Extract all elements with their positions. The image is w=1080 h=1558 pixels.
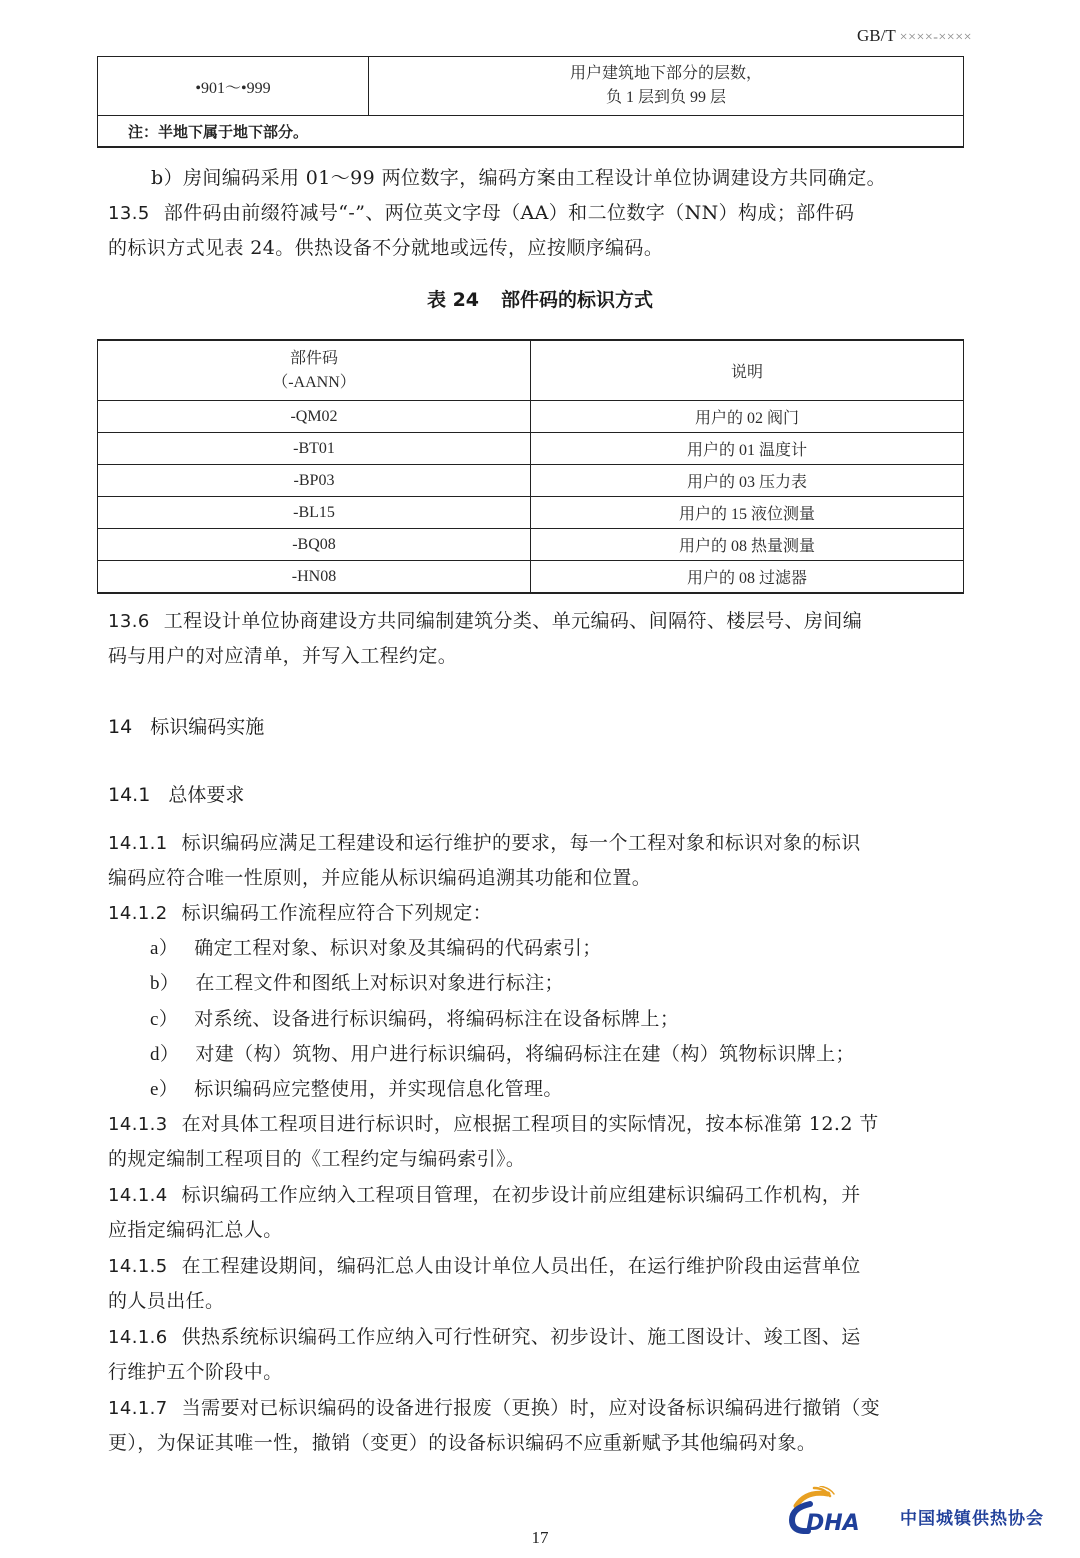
section-title: 标识编码实施 [150,716,264,738]
subsection-heading-14-1: 14.1总体要求 [108,780,244,807]
code-cell: -BT01 [98,433,531,465]
list-text: 在工程文件和图纸上对标识对象进行标注； [195,972,564,994]
clause-text-continued: 编码应符合唯一性原则，并应能从标识编码追溯其功能和位置。 [108,861,968,896]
subsection-title: 总体要求 [168,784,244,806]
clause-number: 13.5 [108,203,150,224]
table-header-row: 部件码 （-AANN） 说明 [98,340,964,401]
workflow-item-d: d）对建（构）筑物、用户进行标识编码，将编码标注在建（构）筑物标识牌上； [150,1037,855,1072]
list-marker: a） [150,938,178,959]
table-row: -BQ08 用户的 08 热量测量 [98,529,964,561]
clause-text: 在对具体工程项目进行标识时，应根据工程项目的实际情况，按本标准第 12.2 节 [182,1113,879,1135]
clause-text-continued: 的标识方式见表 24。供热设备不分就地或远传，应按顺序编码。 [108,231,968,266]
component-code-table: 部件码 （-AANN） 说明 -QM02 用户的 02 阀门 -BT01 用户的… [97,339,964,594]
page-number: 17 [0,1528,1080,1548]
clause-number: 14.1.2 [108,903,168,924]
logo-org-name: 中国城镇供热协会 [900,1504,1044,1529]
list-marker: d） [150,1044,179,1065]
standard-prefix: GB/T [857,26,895,45]
list-text: 对系统、设备进行标识编码，将编码标注在设备标牌上； [194,1008,679,1030]
desc-cell: 用户的 02 阀门 [531,401,964,433]
standard-number: ××××-×××× [900,30,972,45]
clause-text-continued: 应指定编码汇总人。 [108,1213,968,1248]
clause-number: 14.1.7 [108,1398,168,1419]
clause-14-1-3: 14.1.3在对具体工程项目进行标识时，应根据工程项目的实际情况，按本标准第 1… [108,1107,968,1177]
header-line: 部件码 [98,347,530,371]
desc-cell: 用户的 01 温度计 [531,433,964,465]
code-cell: -BQ08 [98,529,531,561]
table-number: 表 24 [427,289,479,311]
list-marker: b） [150,973,179,994]
clause-number: 13.6 [108,611,150,632]
table-caption: 表 24部件码的标识方式 [0,285,1080,312]
desc-cell: 用户的 08 过滤器 [531,561,964,594]
table-row: •901～•999 用户建筑地下部分的层数， 负 1 层到负 99 层 [98,57,964,116]
clause-14-1-2: 14.1.2标识编码工作流程应符合下列规定： [108,896,968,931]
clause-text: 当需要对已标识编码的设备进行报废（更换）时，应对设备标识编码进行撤销（变 [182,1397,880,1419]
list-marker: e） [150,1079,178,1100]
table-row: -BT01 用户的 01 温度计 [98,433,964,465]
list-item-b: b）房间编码采用 01～99 两位数字，编码方案由工程设计单位协调建设方共同确定… [108,161,968,196]
clause-number: 14.1.6 [108,1327,168,1348]
clause-number: 14.1.4 [108,1185,168,1206]
clause-number: 14.1.5 [108,1256,168,1277]
clause-text: 标识编码工作应纳入工程项目管理，在初步设计前应组建标识编码工作机构，并 [182,1184,861,1206]
standard-code-header: GB/T ××××-×××× [857,26,972,46]
paragraph-room-code: b）房间编码采用 01～99 两位数字，编码方案由工程设计单位协调建设方共同确定… [108,161,968,196]
cdha-logo: DHA 中国城镇供热协会 [784,1486,1064,1534]
clause-text: 供热系统标识编码工作应纳入可行性研究、初步设计、施工图设计、竣工图、运 [182,1326,861,1348]
table-row: -HN08 用户的 08 过滤器 [98,561,964,594]
desc-cell: 用户的 03 压力表 [531,465,964,497]
header-component-code: 部件码 （-AANN） [98,340,531,401]
desc-cell: 用户的 08 热量测量 [531,529,964,561]
floor-code-cell: •901～•999 [98,57,369,116]
table-title: 部件码的标识方式 [501,289,653,311]
cdha-logo-mark-icon: DHA [784,1486,884,1534]
description-line: 负 1 层到负 99 层 [369,86,963,110]
description-line: 用户建筑地下部分的层数， [369,62,963,86]
floor-description-cell: 用户建筑地下部分的层数， 负 1 层到负 99 层 [369,57,964,116]
clause-text-continued: 的规定编制工程项目的《工程约定与编码索引》。 [108,1142,968,1177]
continued-floor-table: •901～•999 用户建筑地下部分的层数， 负 1 层到负 99 层 注：半地… [97,56,964,148]
workflow-item-b: b）在工程文件和图纸上对标识对象进行标注； [150,966,564,1001]
clause-14-1-1: 14.1.1标识编码应满足工程建设和运行维护的要求，每一个工程对象和标识对象的标… [108,826,968,896]
section-heading-14: 14标识编码实施 [108,712,264,739]
workflow-item-a: a）确定工程对象、标识对象及其编码的代码索引； [150,931,602,966]
code-cell: -BL15 [98,497,531,529]
code-cell: -QM02 [98,401,531,433]
desc-cell: 用户的 15 液位测量 [531,497,964,529]
clause-text: 部件码由前缀符减号“-”、两位英文字母（AA）和二位数字（NN）构成；部件码 [164,202,855,224]
clause-text: 工程设计单位协商建设方共同编制建筑分类、单元编码、间隔符、楼层号、房间编 [164,610,862,632]
table-row: -BP03 用户的 03 压力表 [98,465,964,497]
clause-13-5: 13.5部件码由前缀符减号“-”、两位英文字母（AA）和二位数字（NN）构成；部… [108,196,968,266]
code-cell: -BP03 [98,465,531,497]
clause-text-continued: 行维护五个阶段中。 [108,1355,968,1390]
header-line: （-AANN） [98,371,530,395]
list-marker: c） [150,1009,178,1030]
clause-14-1-6: 14.1.6供热系统标识编码工作应纳入可行性研究、初步设计、施工图设计、竣工图、… [108,1320,968,1390]
clause-14-1-4: 14.1.4标识编码工作应纳入工程项目管理，在初步设计前应组建标识编码工作机构，… [108,1178,968,1248]
workflow-item-e: e）标识编码应完整使用，并实现信息化管理。 [150,1072,563,1107]
section-number: 14 [108,716,132,738]
clause-14-1-7: 14.1.7当需要对已标识编码的设备进行报废（更换）时，应对设备标识编码进行撤销… [108,1391,968,1461]
table-row: -BL15 用户的 15 液位测量 [98,497,964,529]
clause-text-continued: 的人员出任。 [108,1284,968,1319]
clause-13-6: 13.6工程设计单位协商建设方共同编制建筑分类、单元编码、间隔符、楼层号、房间编… [108,604,968,674]
subsection-number: 14.1 [108,784,150,806]
clause-number: 14.1.1 [108,833,168,854]
header-description: 说明 [531,340,964,401]
clause-number: 14.1.3 [108,1114,168,1135]
list-text: 标识编码应完整使用，并实现信息化管理。 [194,1078,563,1100]
table-row: -QM02 用户的 02 阀门 [98,401,964,433]
code-cell: -HN08 [98,561,531,594]
clause-text-continued: 码与用户的对应清单，并写入工程约定。 [108,639,968,674]
clause-text: 标识编码工作流程应符合下列规定： [182,902,492,924]
clause-text: 在工程建设期间，编码汇总人由设计单位人员出任，在运行维护阶段由运营单位 [182,1255,861,1277]
clause-text-continued: 更），为保证其唯一性，撤销（变更）的设备标识编码不应重新赋予其他编码对象。 [108,1426,968,1461]
list-text: 对建（构）筑物、用户进行标识编码，将编码标注在建（构）筑物标识牌上； [195,1043,855,1065]
clause-14-1-5: 14.1.5在工程建设期间，编码汇总人由设计单位人员出任，在运行维护阶段由运营单… [108,1249,968,1319]
table-note: 注：半地下属于地下部分。 [98,116,964,148]
table-note-row: 注：半地下属于地下部分。 [98,116,964,148]
clause-text: 标识编码应满足工程建设和运行维护的要求，每一个工程对象和标识对象的标识 [182,832,861,854]
workflow-item-c: c）对系统、设备进行标识编码，将编码标注在设备标牌上； [150,1002,679,1037]
list-text: 确定工程对象、标识对象及其编码的代码索引； [194,937,601,959]
